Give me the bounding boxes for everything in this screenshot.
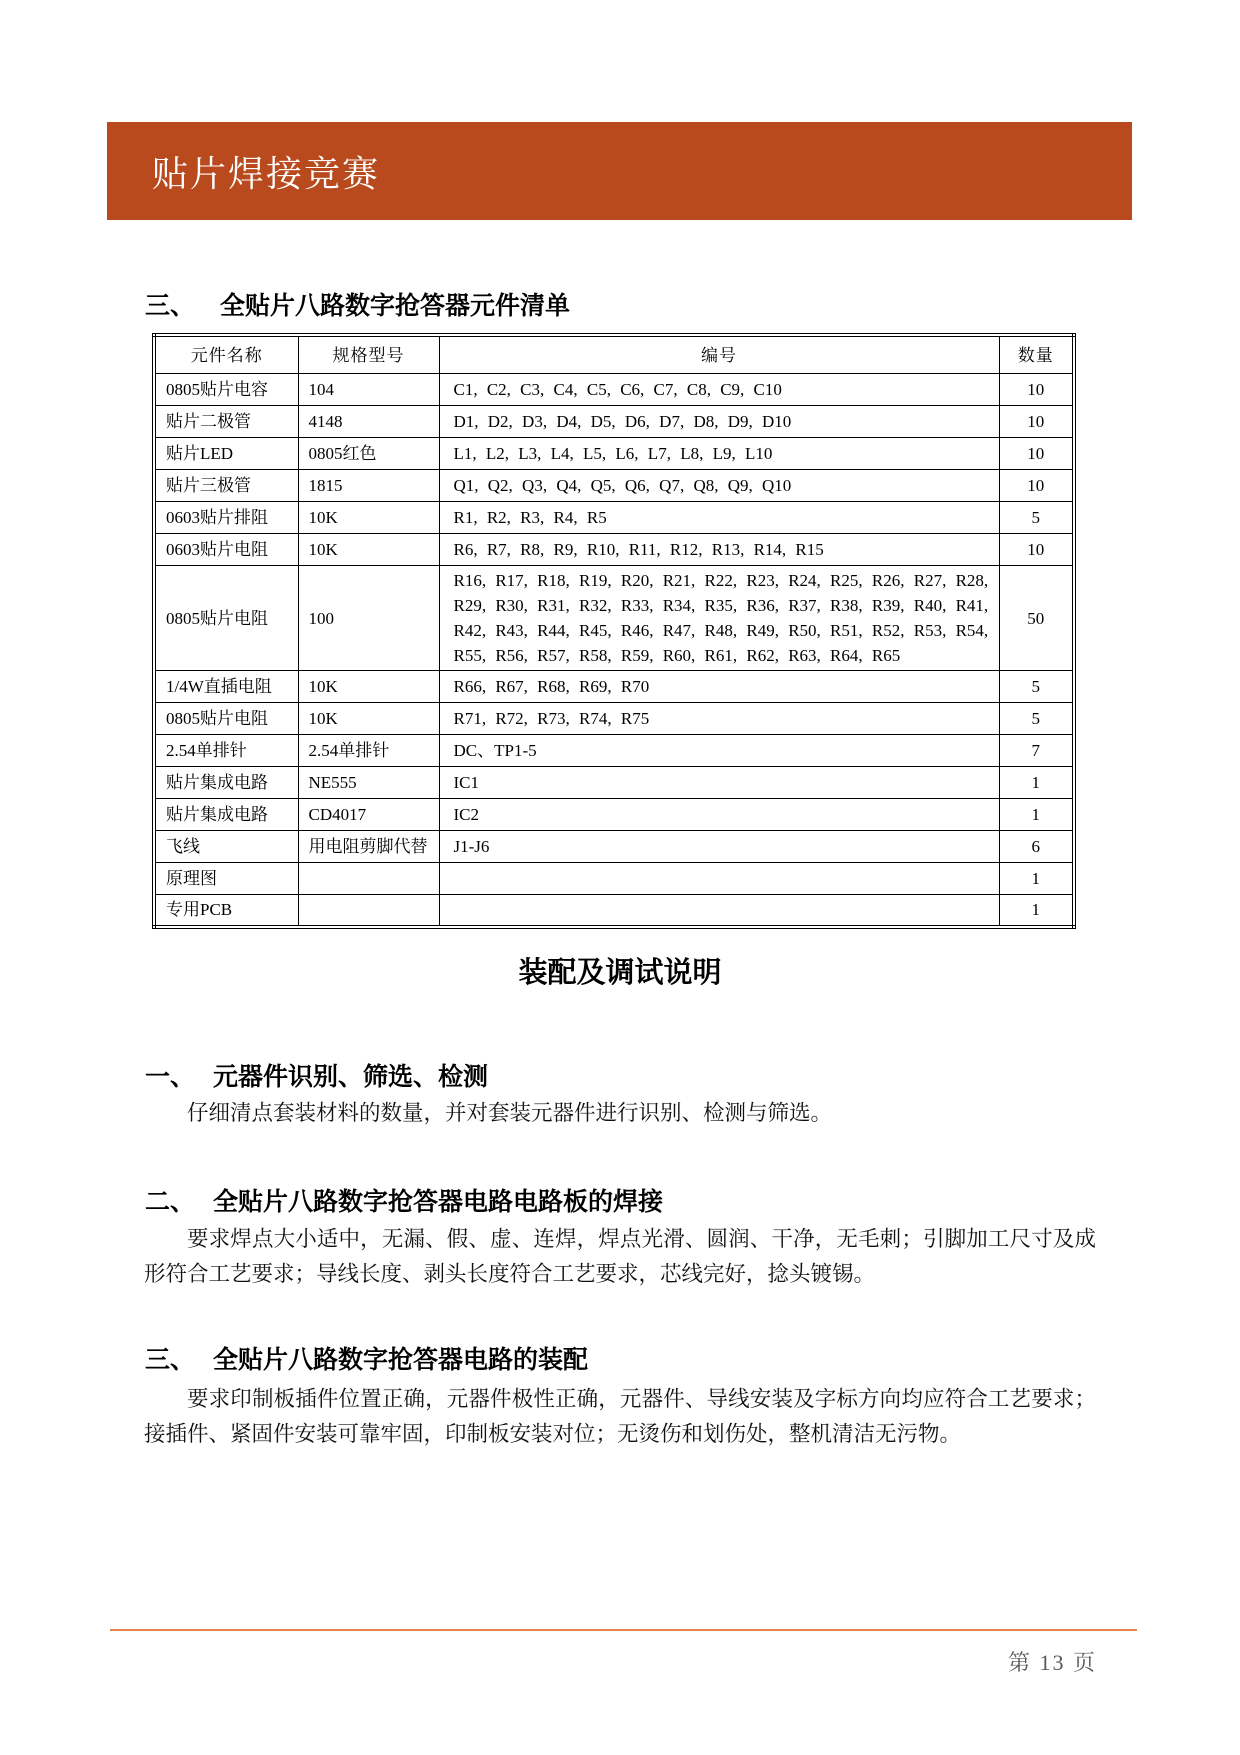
table-row: 专用PCB 1	[154, 895, 1074, 927]
table-row: 贴片LED 0805红色 L1, L2, L3, L4, L5, L6, L7,…	[154, 438, 1074, 470]
part-name-cell: 0603贴片排阻	[154, 502, 298, 534]
page-number: 第 13 页	[1008, 1646, 1097, 1677]
section-3-body: 要求印制板插件位置正确，元器件极性正确，元器件、导线安装及字标方向均应符合工艺要…	[144, 1382, 1096, 1452]
part-ids-cell: D1, D2, D3, D4, D5, D6, D7, D8, D9, D10	[439, 406, 999, 438]
part-ids-cell: R16, R17, R18, R19, R20, R21, R22, R23, …	[439, 566, 999, 671]
part-qty-cell: 10	[999, 534, 1074, 566]
part-spec-cell: 用电阻剪脚代替	[298, 831, 439, 863]
document-page: 贴片焊接竞赛 三、全贴片八路数字抢答器元件清单 元件名称 规格型号 编号 数量 …	[0, 0, 1240, 1755]
table-row: 飞线 用电阻剪脚代替 J1-J6 6	[154, 831, 1074, 863]
part-ids-cell: R6, R7, R8, R9, R10, R11, R12, R13, R14,…	[439, 534, 999, 566]
part-spec-cell: 0805红色	[298, 438, 439, 470]
part-name-cell: 0603贴片电阻	[154, 534, 298, 566]
table-row: 原理图 1	[154, 863, 1074, 895]
section-2-heading: 二、全贴片八路数字抢答器电路电路板的焊接	[145, 1182, 663, 1218]
parts-table: 元件名称 规格型号 编号 数量 0805贴片电容 104 C1, C2, C3,…	[152, 333, 1076, 929]
table-row: 0603贴片电阻 10K R6, R7, R8, R9, R10, R11, R…	[154, 534, 1074, 566]
part-ids-cell: R71, R72, R73, R74, R75	[439, 703, 999, 735]
part-name-cell: 0805贴片电阻	[154, 703, 298, 735]
section-3-title: 全贴片八路数字抢答器电路的装配	[213, 1346, 588, 1374]
part-ids-cell: C1, C2, C3, C4, C5, C6, C7, C8, C9, C10	[439, 374, 999, 406]
part-spec-cell: 10K	[298, 671, 439, 703]
part-name-cell: 贴片LED	[154, 438, 298, 470]
part-spec-cell: 10K	[298, 502, 439, 534]
table-row: 0603贴片排阻 10K R1, R2, R3, R4, R5 5	[154, 502, 1074, 534]
table-row: 贴片三极管 1815 Q1, Q2, Q3, Q4, Q5, Q6, Q7, Q…	[154, 470, 1074, 502]
table-row: 贴片集成电路 NE555 IC1 1	[154, 767, 1074, 799]
section-1-body: 仔细清点套装材料的数量，并对套装元器件进行识别、检测与筛选。	[144, 1096, 1096, 1131]
table-row: 贴片二极管 4148 D1, D2, D3, D4, D5, D6, D7, D…	[154, 406, 1074, 438]
part-ids-cell: IC2	[439, 799, 999, 831]
part-spec-cell	[298, 895, 439, 927]
part-name-cell: 1/4W直插电阻	[154, 671, 298, 703]
part-qty-cell: 5	[999, 502, 1074, 534]
part-ids-cell: IC1	[439, 767, 999, 799]
parts-table-header-row: 元件名称 规格型号 编号 数量	[154, 335, 1074, 374]
part-name-cell: 飞线	[154, 831, 298, 863]
part-spec-cell	[298, 863, 439, 895]
part-qty-cell: 10	[999, 406, 1074, 438]
part-qty-cell: 10	[999, 438, 1074, 470]
table-row: 0805贴片电阻 100 R16, R17, R18, R19, R20, R2…	[154, 566, 1074, 671]
part-qty-cell: 1	[999, 767, 1074, 799]
table-row: 2.54单排针 2.54单排针 DC、TP1-5 7	[154, 735, 1074, 767]
table-row: 0805贴片电阻 10K R71, R72, R73, R74, R75 5	[154, 703, 1074, 735]
table-row: 贴片集成电路 CD4017 IC2 1	[154, 799, 1074, 831]
column-header-qty: 数量	[999, 335, 1074, 374]
part-name-cell: 贴片集成电路	[154, 799, 298, 831]
section-3-number: 三、	[145, 1340, 213, 1376]
part-name-cell: 贴片三极管	[154, 470, 298, 502]
part-name-cell: 原理图	[154, 863, 298, 895]
part-name-cell: 贴片二极管	[154, 406, 298, 438]
section-2-body: 要求焊点大小适中，无漏、假、虚、连焊，焊点光滑、圆润、干净，无毛刺；引脚加工尺寸…	[144, 1222, 1096, 1292]
parts-table-body: 0805贴片电容 104 C1, C2, C3, C4, C5, C6, C7,…	[154, 374, 1074, 927]
part-qty-cell: 10	[999, 374, 1074, 406]
part-spec-cell: 1815	[298, 470, 439, 502]
part-spec-cell: 100	[298, 566, 439, 671]
part-qty-cell: 1	[999, 895, 1074, 927]
part-qty-cell: 50	[999, 566, 1074, 671]
part-name-cell: 0805贴片电容	[154, 374, 298, 406]
part-name-cell: 0805贴片电阻	[154, 566, 298, 671]
page-banner: 贴片焊接竞赛	[107, 122, 1132, 220]
part-spec-cell: 2.54单排针	[298, 735, 439, 767]
section-1-number: 一、	[145, 1057, 213, 1093]
part-ids-cell: L1, L2, L3, L4, L5, L6, L7, L8, L9, L10	[439, 438, 999, 470]
part-ids-cell	[439, 895, 999, 927]
parts-list-heading: 三、全贴片八路数字抢答器元件清单	[145, 286, 570, 322]
part-spec-cell: 10K	[298, 703, 439, 735]
part-spec-cell: 4148	[298, 406, 439, 438]
banner-title: 贴片焊接竞赛	[152, 146, 380, 197]
column-header-spec: 规格型号	[298, 335, 439, 374]
part-qty-cell: 1	[999, 863, 1074, 895]
part-ids-cell: R1, R2, R3, R4, R5	[439, 502, 999, 534]
parts-table-header: 元件名称 规格型号 编号 数量	[154, 335, 1074, 374]
section-2-number: 二、	[145, 1182, 213, 1218]
parts-list-heading-title: 全贴片八路数字抢答器元件清单	[220, 292, 570, 320]
table-row: 1/4W直插电阻 10K R66, R67, R68, R69, R70 5	[154, 671, 1074, 703]
section-1-title: 元器件识别、筛选、检测	[213, 1063, 488, 1091]
column-header-ids: 编号	[439, 335, 999, 374]
part-ids-cell: Q1, Q2, Q3, Q4, Q5, Q6, Q7, Q8, Q9, Q10	[439, 470, 999, 502]
part-qty-cell: 1	[999, 799, 1074, 831]
part-ids-cell: DC、TP1-5	[439, 735, 999, 767]
part-spec-cell: 104	[298, 374, 439, 406]
part-name-cell: 专用PCB	[154, 895, 298, 927]
section-1-heading: 一、元器件识别、筛选、检测	[145, 1057, 488, 1093]
part-qty-cell: 10	[999, 470, 1074, 502]
part-ids-cell: R66, R67, R68, R69, R70	[439, 671, 999, 703]
part-spec-cell: 10K	[298, 534, 439, 566]
parts-list-heading-number: 三、	[145, 286, 220, 322]
section-2-title: 全贴片八路数字抢答器电路电路板的焊接	[213, 1188, 663, 1216]
footer-divider	[110, 1629, 1137, 1631]
part-spec-cell: NE555	[298, 767, 439, 799]
part-qty-cell: 6	[999, 831, 1074, 863]
part-name-cell: 2.54单排针	[154, 735, 298, 767]
part-qty-cell: 5	[999, 703, 1074, 735]
assembly-doc-title: 装配及调试说明	[140, 950, 1100, 991]
column-header-part-name: 元件名称	[154, 335, 298, 374]
part-qty-cell: 7	[999, 735, 1074, 767]
part-ids-cell	[439, 863, 999, 895]
table-row: 0805贴片电容 104 C1, C2, C3, C4, C5, C6, C7,…	[154, 374, 1074, 406]
section-3-heading: 三、全贴片八路数字抢答器电路的装配	[145, 1340, 588, 1376]
part-ids-cell: J1-J6	[439, 831, 999, 863]
part-spec-cell: CD4017	[298, 799, 439, 831]
part-qty-cell: 5	[999, 671, 1074, 703]
part-name-cell: 贴片集成电路	[154, 767, 298, 799]
